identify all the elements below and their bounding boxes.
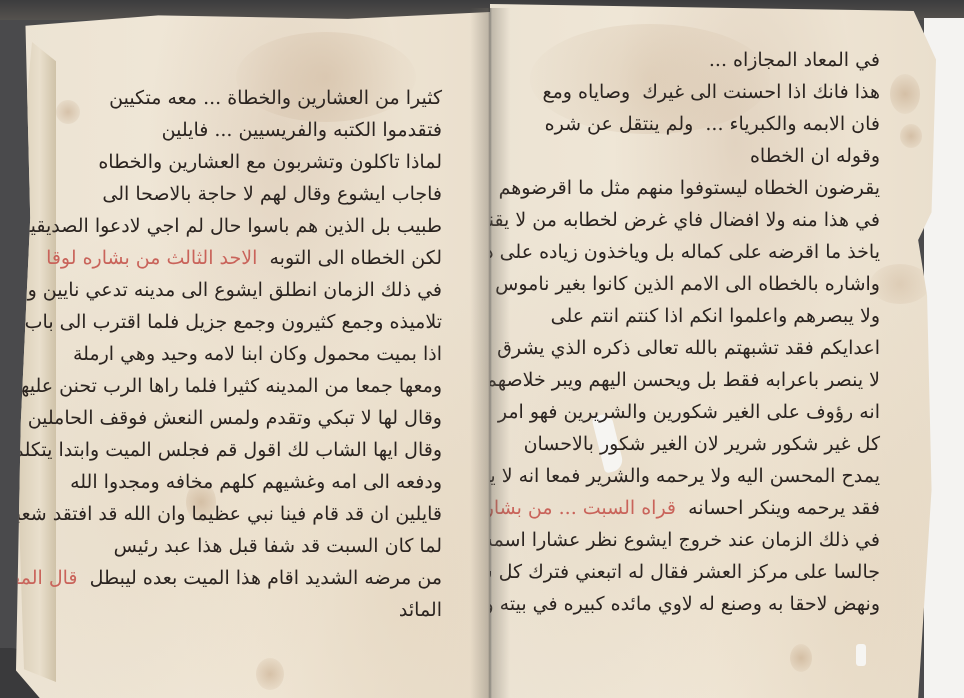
text-fragment: فان الابمه والكبرياء ... (705, 113, 880, 135)
text-line-with-rubric: من مرضه الشديد اقام هذا الميت بعده ليبطل… (42, 562, 442, 594)
text-line: قايلين ان قد قام فينا نبي عظيما وان الله… (42, 498, 442, 530)
text-line: لماذا تاكلون وتشربون مع العشارين والخطاه (42, 146, 442, 178)
stain (790, 644, 812, 672)
text-line: ياخذ ما اقرضه على كماله بل وياخذون زياده… (490, 236, 880, 268)
text-line: وقوله ان الخطاه (490, 140, 880, 172)
text-line: يقرضون الخطاه ليستوفوا منهم مثل ما اقرضو… (490, 172, 880, 204)
text-line: لا ينصر باعرابه فقط بل ويحسن اليهم ويبر … (490, 364, 880, 396)
text-fragment: ولم ينتقل عن شره (545, 113, 694, 135)
right-page: في المعاد المجازاه ... هذا فانك اذا احسن… (490, 4, 936, 698)
stain (890, 74, 920, 114)
text-line: فتقدموا الكتبه والفريسيين ... فايلين (42, 114, 442, 146)
text-line: اذا بميت محمول وكان ابنا لامه وحيد وهي ا… (42, 338, 442, 370)
text-fragment: لكن الخطاه الى التوبه (269, 247, 442, 269)
rubric-heading: قراه السبت ... من بشاره لوقا (490, 497, 676, 519)
text-line: ودفعه الى امه وغشيهم كلهم مخافه ومجدوا ا… (42, 466, 442, 498)
paper-hole (856, 644, 866, 666)
text-line: ونهض لاحقا به وصنع له لاوي مائده كبيره ف… (490, 588, 880, 620)
text-line: فاجاب ايشوع وقال لهم لا حاجة بالاصحا الى (42, 178, 442, 210)
text-line: ولا يبصرهم واعلموا انكم اذا كنتم انتم عل… (490, 300, 880, 332)
text-line: المائد (42, 594, 442, 626)
text-fragment: فقد يرحمه وينكر احسانه (688, 497, 880, 519)
manuscript-photo: كثيرا من العشارين والخطاة ... معه متكيين… (0, 0, 964, 698)
text-line: ومعها جمعا من المدينه كثيرا فلما راها ال… (42, 370, 442, 402)
left-page: كثيرا من العشارين والخطاة ... معه متكيين… (16, 12, 490, 698)
text-line: وقال لها لا تبكي وتقدم ولمس النعش فوقف ا… (42, 402, 442, 434)
text-line: جالسا على مركز العشر فقال له اتبعني فترك… (490, 556, 880, 588)
text-line: لما كان السبت قد شفا قبل هذا عبد رئيس (42, 530, 442, 562)
text-line: في هذا منه ولا افضال فاي غرض لخطابه من ل… (490, 204, 880, 236)
stain (900, 124, 922, 148)
text-fragment: هذا فانك اذا احسنت الى غيرك (642, 81, 880, 103)
stain (256, 658, 284, 690)
text-line: انه رؤوف على الغير شكورين والشريرين فهو … (490, 396, 880, 428)
text-line: في ذلك الزمان عند خروج ايشوع نظر عشارا ا… (490, 524, 880, 556)
rubric-heading: الاحد الثالث من بشاره لوقا (46, 247, 257, 269)
text-line: في المعاد المجازاه ... (490, 44, 880, 76)
text-fragment: من مرضه الشديد اقام هذا الميت بعده ليبطل (90, 567, 442, 589)
text-line: يمدح المحسن اليه ولا يرحمه والشرير فمعا … (490, 460, 880, 492)
right-page-text: في المعاد المجازاه ... هذا فانك اذا احسن… (490, 44, 880, 620)
text-line: اعدايكم فقد تشبهتم بالله تعالى ذكره الذي… (490, 332, 880, 364)
text-line: واشاره بالخطاه الى الامم الذين كانوا بغي… (490, 268, 880, 300)
book-gutter (470, 8, 510, 698)
text-line-with-rubric: لكن الخطاه الى التوبه الاحد الثالث من بش… (42, 242, 442, 274)
text-line: كل غير شكور شرير لان الغير شكور بالاحسان (490, 428, 880, 460)
text-line: في ذلك الزمان انطلق ايشوع الى مدينه تدعي… (42, 274, 442, 306)
text-line: طبيب بل الذين هم باسوا حال لم اجي لادعوا… (42, 210, 442, 242)
rubric-interpretation: قال المفسر (16, 567, 78, 589)
text-line-split: فان الابمه والكبرياء ... ولم ينتقل عن شر… (490, 108, 880, 140)
text-fragment: وصاياه ومع (543, 81, 631, 103)
text-line: تلاميذه وجمع كثيرون وجمع جزيل فلما اقترب… (42, 306, 442, 338)
left-page-text: كثيرا من العشارين والخطاة ... معه متكيين… (42, 82, 442, 626)
text-line: وقال ايها الشاب لك اقول قم فجلس الميت وا… (42, 434, 442, 466)
text-line-with-rubric: فقد يرحمه وينكر احسانه قراه السبت ... من… (490, 492, 880, 524)
text-line: كثيرا من العشارين والخطاة ... معه متكيين (42, 82, 442, 114)
text-line-split: هذا فانك اذا احسنت الى غيرك وصاياه ومع (490, 76, 880, 108)
